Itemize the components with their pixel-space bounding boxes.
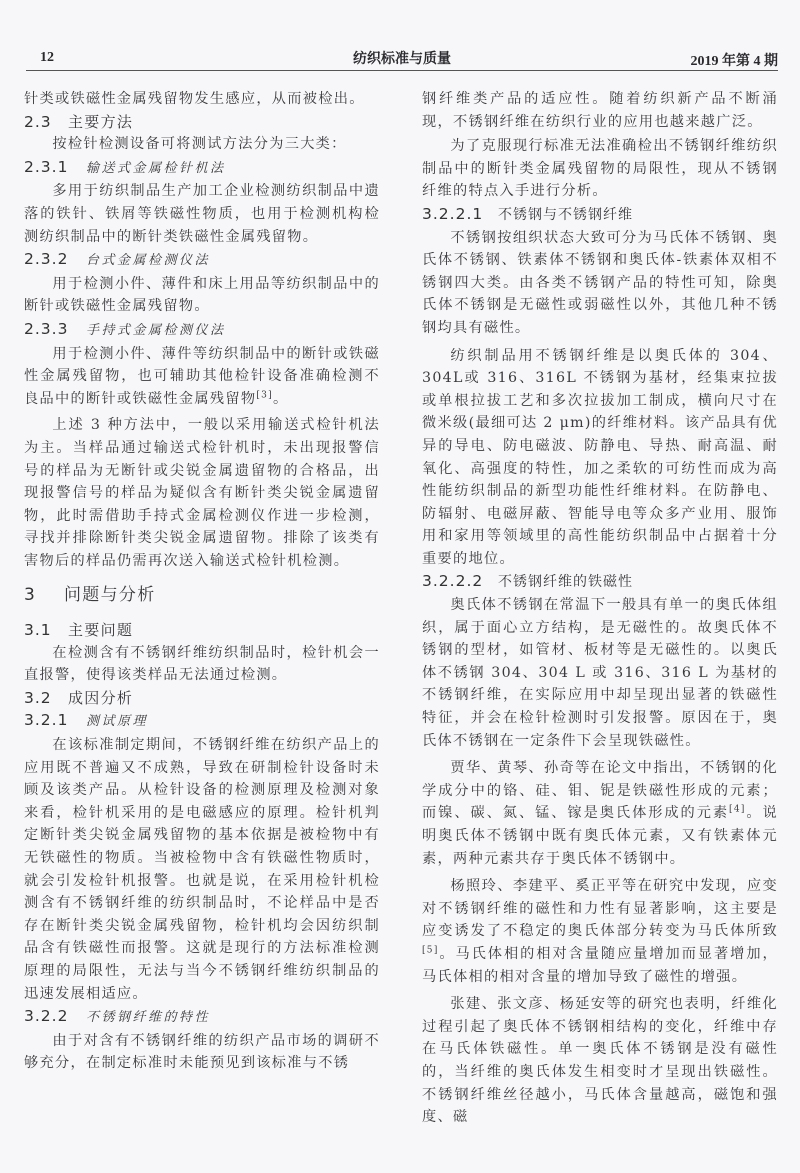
section-title: 问题与分析 [64, 585, 156, 605]
section-number: 2.3.3 [24, 318, 86, 341]
paragraph: 多用于纺织制品生产加工企业检测纺织制品中遗落的铁针、铁屑等铁磁性物质，也用于检测… [24, 180, 380, 248]
section-heading-3-2-2: 3.2.2不锈钢纤维的特性 [24, 1005, 380, 1030]
section-number: 3.2.2 [24, 1005, 86, 1028]
issue-label: 2019 年第 4 期 [691, 50, 779, 70]
section-title: 主要问题 [68, 621, 133, 639]
page-header: 12 纺织标准与质量 2019 年第 4 期 [26, 46, 778, 68]
paragraph-text: 。马氏体相的相对含量随应量增加而显著增加，马氏体相的相对含量的增加导致了磁性的增… [422, 946, 778, 985]
paragraph-text: 杨照玲、李建平、奚正平等在研究中发现，应变对不锈钢纤维的磁性和力性有显著影响，这… [422, 878, 778, 939]
paragraph: 钢纤维类产品的适应性。随着纺织新产品不断涌现，不锈钢纤维在纺织行业的应用也越来越… [422, 88, 778, 133]
section-title: 台式金属检测仪法 [86, 253, 210, 268]
section-number: 2.3 [24, 111, 68, 134]
section-number: 3.2.2.1 [422, 203, 498, 226]
paragraph: 纺织制品用不锈钢纤维是以奥氏体的 304、304L或 316、316L 不锈钢为… [422, 345, 778, 571]
paragraph: 为了克服现行标准无法准确检出不锈钢纤维纺织制品中的断针类金属残留物的局限性，现从… [422, 135, 778, 203]
paragraph-text: 。 [273, 391, 289, 407]
section-heading-2-3: 2.3主要方法 [24, 111, 380, 134]
journal-title: 纺织标准与质量 [26, 48, 778, 68]
section-number: 3.2.2.2 [422, 570, 498, 593]
section-number: 3.2.1 [24, 709, 86, 732]
paragraph: 贾华、黄琴、孙奇等在论文中指出，不锈钢的化学成分中的铬、硅、钼、铌是铁磁性形成的… [422, 757, 778, 870]
section-heading-3-2-2-2: 3.2.2.2不锈钢纤维的铁磁性 [422, 570, 778, 594]
citation-ref[interactable]: [3] [256, 390, 273, 400]
section-number: 3.1 [24, 619, 68, 642]
paragraph: 针类或铁磁性金属残留物发生感应，从而被检出。 [24, 88, 380, 111]
citation-ref[interactable]: [4] [729, 805, 746, 815]
paragraph: 杨照玲、李建平、奚正平等在研究中发现，应变对不锈钢纤维的磁性和力性有显著影响，这… [422, 875, 778, 988]
section-title: 手持式金属检测仪法 [86, 323, 226, 338]
paragraph-text: 用于检测小件、薄件等纺织制品中的断针或铁磁性金属残留物，也可辅助其他检针设备准确… [24, 346, 380, 407]
paragraph-text: 贾华、黄琴、孙奇等在论文中指出，不锈钢的化学成分中的铬、硅、钼、铌是铁磁性形成的… [422, 760, 778, 821]
section-title: 成因分析 [68, 689, 133, 707]
header-rule [26, 70, 778, 71]
paragraph: 奥氏体不锈钢在常温下一般具有单一的奥氏体组织，属于面心立方结构，是无磁性的。故奥… [422, 594, 778, 752]
paragraph: 按检针检测设备可将测试方法分为三大类： [24, 133, 380, 156]
section-heading-2-3-3: 2.3.3手持式金属检测仪法 [24, 318, 380, 343]
citation-ref[interactable]: [5] [422, 945, 439, 955]
section-heading-2-3-2: 2.3.2台式金属检测仪法 [24, 248, 380, 273]
section-number: 2.3.2 [24, 248, 86, 271]
paragraph: 用于检测小件、薄件等纺织制品中的断针或铁磁性金属残留物，也可辅助其他检针设备准确… [24, 343, 380, 411]
paragraph: 用于检测小件、薄件和床上用品等纺织制品中的断针或铁磁性金属残留物。 [24, 273, 380, 318]
paragraph: 在该标准制定期间，不锈钢纤维在纺织产品上的应用既不普遍又不成熟，导致在研制检针设… [24, 734, 380, 1005]
section-number: 3 [24, 584, 64, 607]
paragraph: 不锈钢按组织状态大致可分为马氏体不锈钢、奥氏体不锈钢、铁素体不锈钢和奥氏体-铁素… [422, 227, 778, 340]
paragraph: 张建、张文彦、杨延安等的研究也表明，纤维化过程引起了奥氏体不锈钢相结构的变化，纤… [422, 993, 778, 1129]
section-heading-3-2-2-1: 3.2.2.1不锈钢与不锈钢纤维 [422, 203, 778, 227]
section-heading-3-2: 3.2成因分析 [24, 687, 380, 710]
section-heading-3-2-1: 3.2.1测试原理 [24, 709, 380, 734]
section-title: 不锈钢与不锈钢纤维 [498, 207, 633, 223]
section-heading-3: 3问题与分析 [24, 584, 380, 607]
paragraph: 在检测含有不锈钢纤维纺织制品时，检针机会一直报警，使得该类样品无法通过检测。 [24, 642, 380, 687]
paragraph: 上述 3 种方法中，一般以采用输送式检针机法为主。当样品通过输送式检针机时，未出… [24, 414, 380, 572]
section-number: 3.2 [24, 687, 68, 710]
section-title: 不锈钢纤维的特性 [86, 1010, 210, 1025]
section-title: 测试原理 [86, 714, 148, 729]
section-title: 不锈钢纤维的铁磁性 [498, 574, 633, 590]
left-column: 针类或铁磁性金属残留物发生感应，从而被检出。 2.3主要方法 按检针检测设备可将… [24, 88, 380, 1075]
paragraph: 由于对含有不锈钢纤维的纺织产品市场的调研不够充分，在制定标准时未能预见到该标准与… [24, 1030, 380, 1075]
section-heading-2-3-1: 2.3.1输送式金属检针机法 [24, 156, 380, 181]
right-column: 钢纤维类产品的适应性。随着纺织新产品不断涌现，不锈钢纤维在纺织行业的应用也越来越… [422, 88, 778, 1129]
section-number: 2.3.1 [24, 156, 86, 179]
section-title: 主要方法 [68, 113, 133, 131]
section-heading-3-1: 3.1主要问题 [24, 619, 380, 642]
section-title: 输送式金属检针机法 [86, 161, 226, 176]
